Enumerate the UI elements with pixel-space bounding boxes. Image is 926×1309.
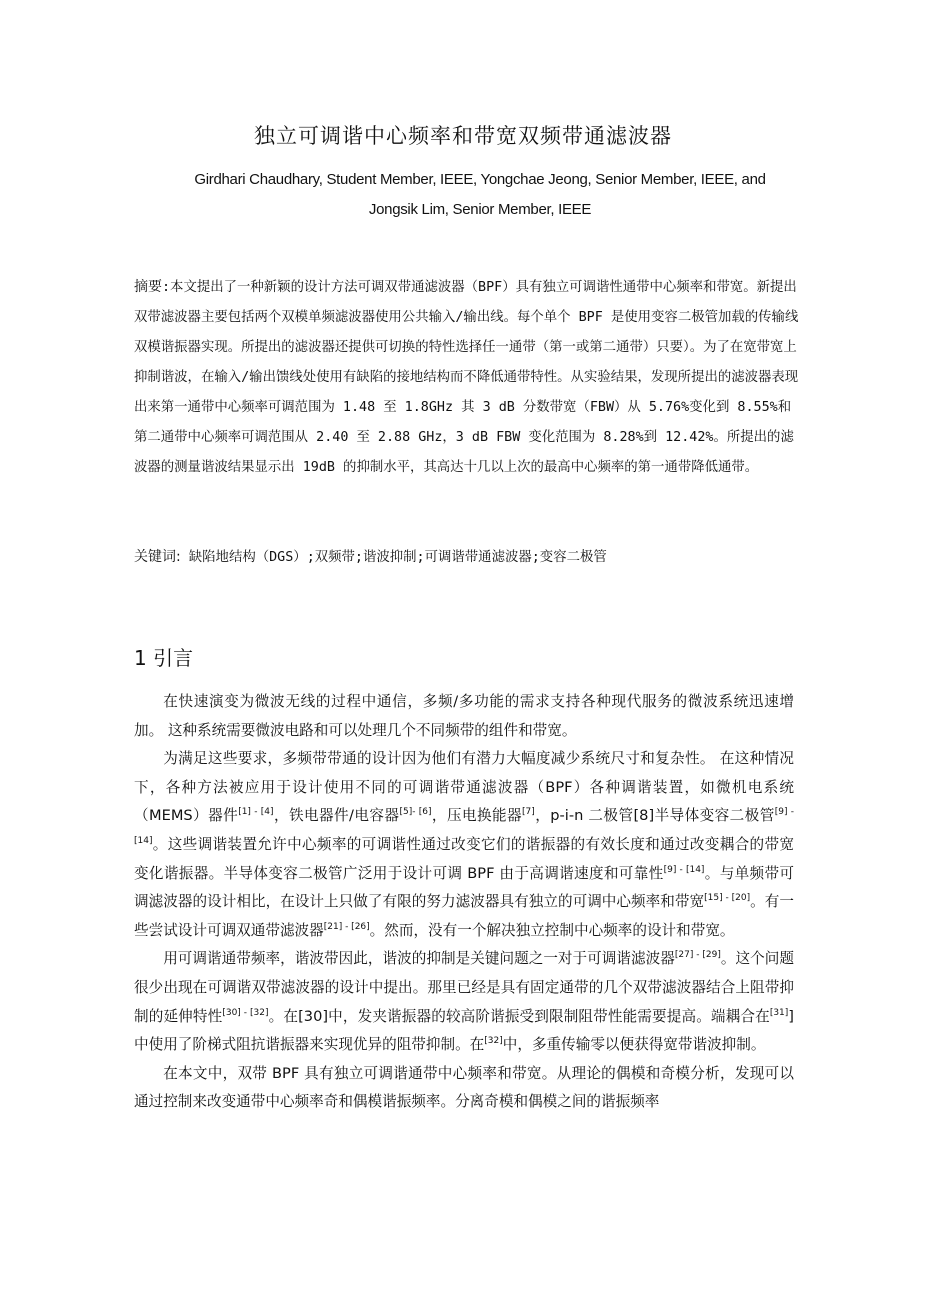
- introduction-body: 在快速演变为微波无线的过程中通信，多频/多功能的需求支持各种现代服务的微波系统迅…: [134, 688, 794, 1117]
- abstract: 摘要:本文提出了一种新颖的设计方法可调双带通滤波器（BPF）具有独立可调谐性通带…: [134, 272, 804, 483]
- citation: [21] - [26]: [324, 922, 370, 932]
- text-run: 用可调谐通带频率，谐波带因此，谐波的抑制是关键问题之一对于可调谐滤波器: [163, 950, 675, 967]
- text-run: 。然而，没有一个解决独立控制中心频率的设计和带宽。: [370, 922, 735, 939]
- keywords-text: 缺陷地结构（DGS）;双频带;谐波抑制;可调谐带通滤波器;变容二极管: [181, 550, 607, 565]
- paper-title: 独立可调谐中心频率和带宽双频带通滤波器: [0, 120, 926, 150]
- paper-page: 独立可调谐中心频率和带宽双频带通滤波器 Girdhari Chaudhary, …: [0, 0, 926, 1309]
- abstract-label: 摘要: [134, 279, 162, 295]
- paragraph-3: 用可调谐通带频率，谐波带因此，谐波的抑制是关键问题之一对于可调谐滤波器[27] …: [134, 945, 794, 1059]
- citation: [7]: [522, 807, 535, 817]
- citation: [9] - [14]: [664, 865, 705, 875]
- keywords: 关键词: 缺陷地结构（DGS）;双频带;谐波抑制;可调谐带通滤波器;变容二极管: [134, 542, 804, 573]
- paragraph-4: 在本文中，双带 BPF 具有独立可调谐通带中心频率和带宽。从理论的偶模和奇模分析…: [134, 1060, 794, 1117]
- text-run: ，p-i-n 二极管[8]半导体变容二极管: [535, 807, 775, 824]
- text-run: 。在[30]中，发夹谐振器的较高阶谐振受到限制阻带性能需要提高。端耦合在: [269, 1008, 770, 1025]
- authors-line-2: Jongsik Lim, Senior Member, IEEE: [150, 195, 810, 225]
- section-heading-introduction: 1 引言: [134, 642, 193, 671]
- author-list: Girdhari Chaudhary, Student Member, IEEE…: [150, 165, 810, 225]
- text-run: ，铁电器件/电容器: [274, 807, 400, 824]
- text-run: ，压电换能器: [432, 807, 523, 824]
- authors-line-1: Girdhari Chaudhary, Student Member, IEEE…: [150, 165, 810, 195]
- citation: [1] - [4]: [238, 807, 273, 817]
- abstract-text: :本文提出了一种新颖的设计方法可调双带通滤波器（BPF）具有独立可调谐性通带中心…: [134, 280, 798, 475]
- citation: [32]: [484, 1036, 502, 1046]
- keywords-label: 关键词:: [134, 549, 181, 565]
- citation: [5]- [6]: [399, 807, 431, 817]
- citation: [27] - [29]: [675, 950, 721, 960]
- citation: [30] - [32]: [222, 1008, 268, 1018]
- text-run: 中，多重传输零以便获得宽带谐波抑制。: [503, 1036, 766, 1053]
- paragraph-2: 为满足这些要求，多频带带通的设计因为他们有潜力大幅度减少系统尺寸和复杂性。 在这…: [134, 745, 794, 945]
- citation: [31]: [770, 1008, 788, 1018]
- paragraph-1: 在快速演变为微波无线的过程中通信，多频/多功能的需求支持各种现代服务的微波系统迅…: [134, 688, 794, 745]
- citation: [15] - [20]: [704, 893, 750, 903]
